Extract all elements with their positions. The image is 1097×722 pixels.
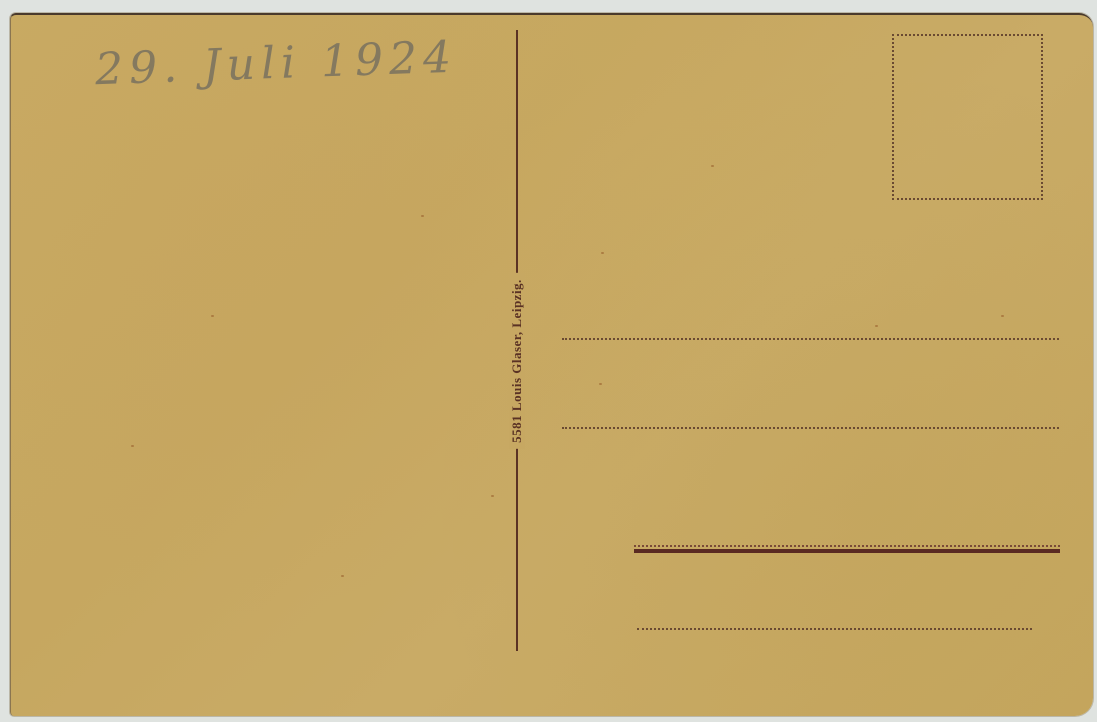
paper-speck (1001, 315, 1004, 317)
paper-speck (601, 252, 604, 254)
address-line-4 (637, 628, 1032, 630)
address-line-2 (562, 427, 1059, 429)
paper-speck (341, 575, 344, 577)
paper-speck (421, 215, 424, 217)
paper-speck (711, 165, 714, 167)
paper-speck (491, 495, 494, 497)
address-line-1 (562, 338, 1059, 340)
address-line-3 (634, 545, 1060, 551)
publisher-imprint: 5581 Louis Glaser, Leipzig. (509, 273, 525, 449)
paper-speck (875, 325, 878, 327)
stamp-placement-box (892, 34, 1043, 200)
paper-speck (131, 445, 134, 447)
paper-speck (211, 315, 214, 317)
paper-speck (599, 383, 602, 385)
